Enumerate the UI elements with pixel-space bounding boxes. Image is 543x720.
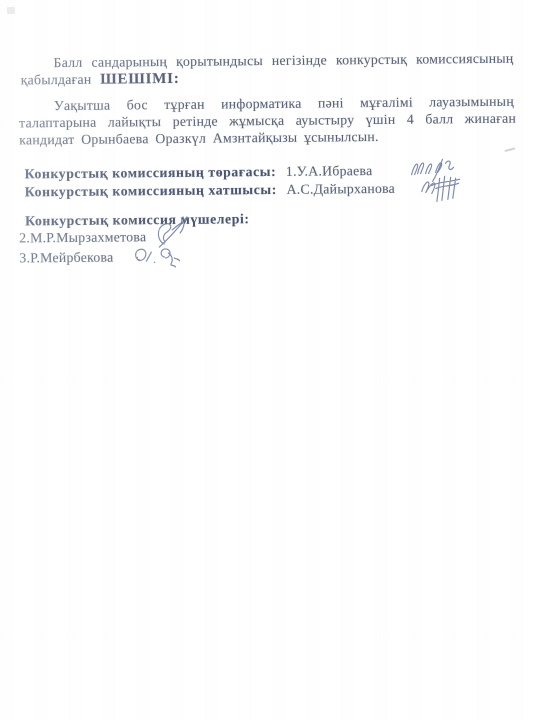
signature-secretary xyxy=(418,172,470,202)
members-heading-label: Конкурстық комиссия мүшелері: xyxy=(25,211,250,228)
secretary-line: Конкурстық комиссияның хатшысы: А.С.Дайы… xyxy=(25,180,395,201)
secretary-name: А.С.Дайырханова xyxy=(286,181,395,197)
chair-line: Конкурстық комиссияның төрағасы: 1.У.А.И… xyxy=(25,162,373,182)
scanned-document-page: Балл сандарының қорытындысы негізінде ко… xyxy=(0,0,543,720)
chair-name: 1.У.А.Ибраева xyxy=(286,163,373,179)
secretary-label: Конкурстық комиссияның хатшысы: xyxy=(25,182,277,199)
member3-name: 3.Р.Мейрбекова xyxy=(19,249,113,267)
decision-intro-line2: қабылдаған ШЕШІМІ: xyxy=(21,70,180,90)
decision-body-line3: кандидат Орынбаева Оразкүл Амзнтайқызы ұ… xyxy=(19,128,379,148)
decision-intro-prefix: қабылдаған xyxy=(21,72,92,88)
signature-member3 xyxy=(128,244,180,270)
scan-artifact-pen-dash xyxy=(504,147,515,151)
document-content: Балл сандарының қорытындысы негізінде ко… xyxy=(0,0,543,720)
decision-word: ШЕШІМІ: xyxy=(100,71,180,88)
chair-label: Конкурстық комиссияның төрағасы: xyxy=(25,164,277,181)
decision-intro-line1: Балл сандарының қорытындысы негізінде ко… xyxy=(53,50,513,71)
members-heading: Конкурстық комиссия мүшелері: xyxy=(25,210,250,229)
